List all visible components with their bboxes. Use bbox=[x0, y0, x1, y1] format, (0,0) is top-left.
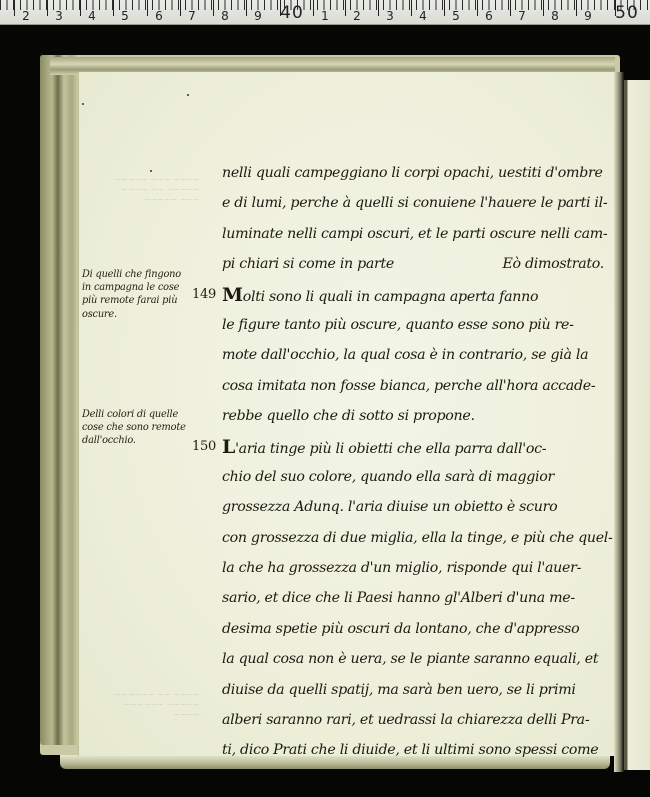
ruler-label: 6 bbox=[155, 9, 163, 23]
ruler-label: 2 bbox=[22, 9, 30, 23]
ruler-label: 2 bbox=[353, 9, 361, 23]
ruler-major-tick bbox=[444, 0, 445, 16]
text-line: la qual cosa non è uera, se le piante sa… bbox=[222, 644, 610, 674]
ruler-label: 9 bbox=[584, 9, 592, 23]
ruler-label: 6 bbox=[485, 9, 493, 23]
text-line: ti, dico Prati che li diuide, et li ulti… bbox=[222, 735, 610, 765]
text-line: sario, et dice che li Paesi hanno gl'Alb… bbox=[222, 583, 610, 613]
bleed-through-text: ~~~~ ~~ ~~~~~~~~~~~ ~~~~~~~~~~ bbox=[90, 690, 200, 720]
ruler-major-tick bbox=[14, 0, 15, 16]
ruler-major-tick bbox=[378, 0, 379, 16]
text-line: e di lumi, perche à quelli si conuiene l… bbox=[222, 188, 610, 218]
ruler-major-tick bbox=[47, 0, 48, 16]
bleed-through-text: ~~~~ ~~~ ~~~~~~~~~~ ~~ ~~~~~~~ ~~~~~ bbox=[90, 175, 200, 205]
note-line: più remote farai più bbox=[82, 294, 207, 307]
ruler-label: 9 bbox=[254, 9, 262, 23]
text-line: chio del suo colore, quando ella sarà di… bbox=[222, 462, 610, 492]
measurement-ruler: 234567894012345678950 bbox=[0, 0, 650, 25]
ruler-major-tick bbox=[113, 0, 114, 16]
text-line: diuise da quelli spatij, ma sarà ben uer… bbox=[222, 675, 610, 705]
paper-speck bbox=[150, 170, 152, 172]
paper-speck bbox=[82, 103, 84, 105]
facing-page-edge bbox=[624, 80, 650, 770]
ruler-label: 7 bbox=[518, 9, 526, 23]
ruler-major-tick bbox=[477, 0, 478, 16]
ruler-label: 1 bbox=[321, 9, 329, 23]
main-text-block: nelli quali campeggiano li corpi opachi,… bbox=[222, 158, 610, 766]
ruler-label: 4 bbox=[88, 9, 96, 23]
text-line: alberi saranno rari, et uedrassi la chia… bbox=[222, 705, 610, 735]
ruler-major-tick bbox=[345, 0, 346, 16]
text-line: pi chiari si come in parteEò dimostrato. bbox=[222, 249, 610, 279]
text-line: rebbe quello che di sotto si propone. bbox=[222, 401, 610, 431]
ruler-major-tick bbox=[246, 0, 247, 16]
text-line-section-149: 149Molti sono li quali in campagna apert… bbox=[222, 280, 610, 310]
ruler-label: 40 bbox=[280, 6, 304, 20]
initial-letter: M bbox=[222, 284, 243, 306]
ruler-major-tick bbox=[213, 0, 214, 16]
text-line-section-150: 150L'aria tinge più li obietti che ella … bbox=[222, 432, 610, 462]
text-line: le figure tanto più oscure, quanto esse … bbox=[222, 310, 610, 340]
text-line: cosa imitata non fosse bianca, perche al… bbox=[222, 371, 610, 401]
ruler-label: 8 bbox=[551, 9, 559, 23]
ruler-major-tick bbox=[313, 0, 314, 16]
ruler-major-tick bbox=[80, 0, 81, 16]
note-line: oscure. bbox=[82, 308, 207, 321]
note-line: in campagna le cose bbox=[82, 281, 207, 294]
margin-note-149: Di quelli che fingono in campagna le cos… bbox=[82, 268, 207, 321]
ruler-label: 5 bbox=[121, 9, 129, 23]
note-line: dall'occhio. bbox=[82, 434, 207, 447]
book-gutter bbox=[614, 72, 624, 772]
ruler-label: 3 bbox=[386, 9, 394, 23]
text-line: con grossezza di due miglia, ella la tin… bbox=[222, 523, 610, 553]
text-line: desima spetie più oscuri da lontano, che… bbox=[222, 614, 610, 644]
paper-speck bbox=[187, 94, 189, 96]
margin-note-150: Delli colori di quelle cose che sono rem… bbox=[82, 408, 207, 448]
ruler-label: 5 bbox=[452, 9, 460, 23]
text-line: la che ha grossezza d'un miglio, rispond… bbox=[222, 553, 610, 583]
initial-letter: L bbox=[222, 436, 235, 458]
ruler-major-tick bbox=[147, 0, 148, 16]
ruler-label: 4 bbox=[419, 9, 427, 23]
text-line: nelli quali campeggiano li corpi opachi,… bbox=[222, 158, 610, 188]
note-line: Di quelli che fingono bbox=[82, 268, 207, 281]
ruler-label: 8 bbox=[221, 9, 229, 23]
line-end-phrase: Eò dimostrato. bbox=[502, 249, 604, 279]
ruler-label: 3 bbox=[55, 9, 63, 23]
ruler-major-tick bbox=[510, 0, 511, 16]
note-line: cose che sono remote bbox=[82, 421, 207, 434]
note-line: Delli colori di quelle bbox=[82, 408, 207, 421]
text-line: mote dall'occhio, la qual cosa è in cont… bbox=[222, 340, 610, 370]
ruler-major-tick bbox=[180, 0, 181, 16]
ruler-major-tick bbox=[576, 0, 577, 16]
text-line: luminate nelli campi oscuri, et le parti… bbox=[222, 219, 610, 249]
page-edges-left bbox=[40, 55, 80, 745]
ruler-major-tick bbox=[543, 0, 544, 16]
ruler-label: 7 bbox=[188, 9, 196, 23]
ruler-label: 50 bbox=[615, 6, 639, 20]
text-line: grossezza Adunq. l'aria diuise un obiett… bbox=[222, 492, 610, 522]
ruler-major-tick bbox=[411, 0, 412, 16]
